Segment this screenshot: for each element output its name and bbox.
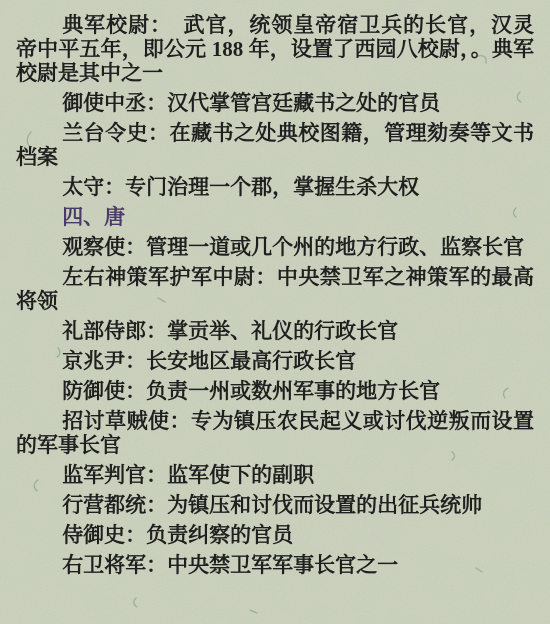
entry-paragraph: 防御使：负责一州或数州军事的地方长官 [16,379,534,403]
entry-paragraph: 监军判官：监军使下的副职 [16,463,534,487]
entry-paragraph: 御使中丞：汉代掌管宫廷藏书之处的官员 [16,91,534,115]
entry-paragraph: 右卫将军：中央禁卫军军事长官之一 [16,553,534,577]
document-body: 典军校尉： 武官，统领皇帝宿卫兵的长官，汉灵帝中平五年，即公元 188 年，设置… [16,13,534,583]
entry-paragraph: 观察使：管理一道或几个州的地方行政、监察长官 [16,235,534,259]
entry-paragraph: 礼部侍郎：掌贡举、礼仪的行政长官 [16,319,534,343]
document-page: 典军校尉： 武官，统领皇帝宿卫兵的长官，汉灵帝中平五年，即公元 188 年，设置… [0,0,550,624]
section-heading: 四、唐 [16,205,534,229]
entry-paragraph: 行营都统：为镇压和讨伐而设置的出征兵统帅 [16,493,534,517]
entry-paragraph: 典军校尉： 武官，统领皇帝宿卫兵的长官，汉灵帝中平五年，即公元 188 年，设置… [16,13,534,85]
entry-paragraph: 侍御史：负责纠察的官员 [16,523,534,547]
entry-paragraph: 太守：专门治理一个郡，掌握生杀大权 [16,175,534,199]
entry-paragraph: 招讨草贼使：专为镇压农民起义或讨伐逆叛而设置的军事长官 [16,409,534,457]
entry-paragraph: 左右神策军护军中尉：中央禁卫军之神策军的最高将领 [16,265,534,313]
entry-paragraph: 京兆尹：长安地区最高行政长官 [16,349,534,373]
entry-paragraph: 兰台令史：在藏书之处典校图籍，管理劾奏等文书档案 [16,121,534,169]
